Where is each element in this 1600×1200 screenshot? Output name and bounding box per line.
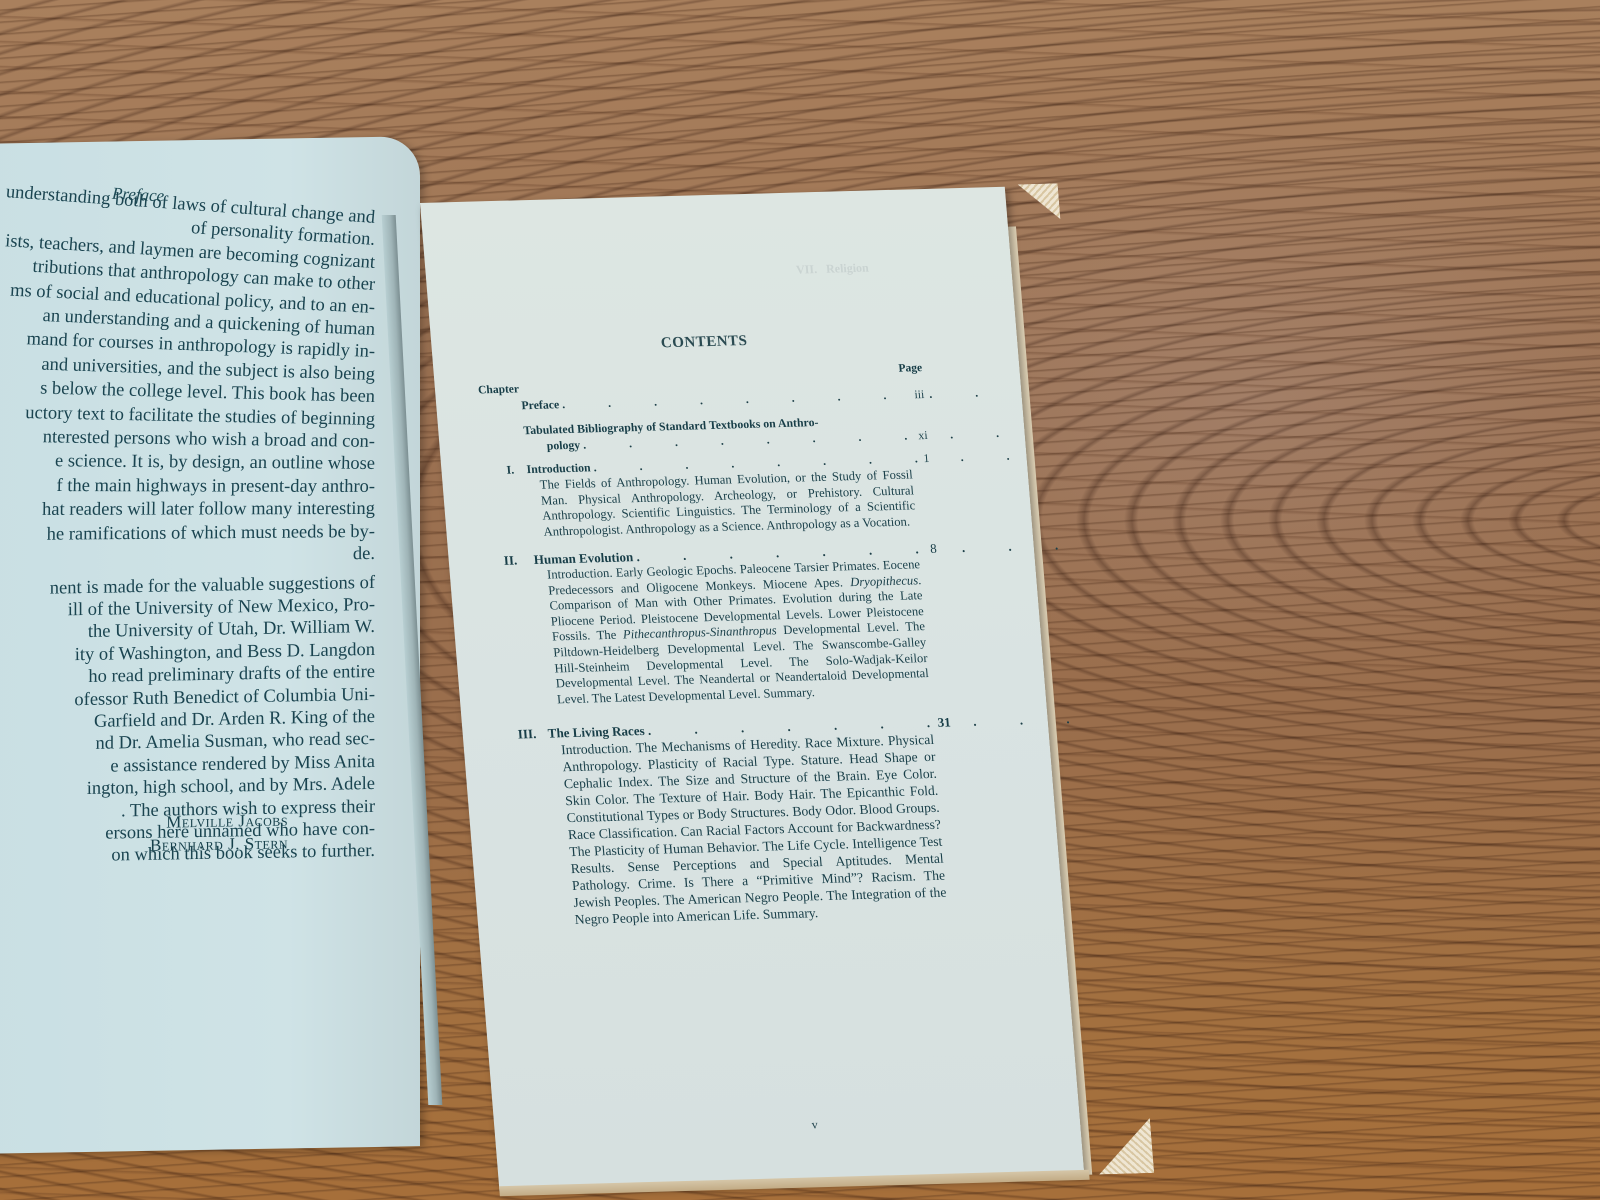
toc-entry-bibliography[interactable]: Tabulated Bibliography of Standard Textb… xyxy=(493,413,910,456)
entry-title: Introduction xyxy=(526,461,591,477)
chapter-numeral: I. xyxy=(506,463,515,479)
entry-page: iii xyxy=(914,387,925,403)
worn-corner-bottom xyxy=(1095,1118,1154,1174)
table-of-contents: CONTENTS Chapter Page Preface . . . . . … xyxy=(486,330,949,937)
entry-title: Human Evolution xyxy=(533,550,634,568)
entry-page: 8 xyxy=(930,541,938,557)
preface-line: de. xyxy=(0,543,375,571)
preface-line: hat readers will later follow many inter… xyxy=(0,498,375,522)
chapter-summary: Introduction. Early Geologic Epochs. Pal… xyxy=(504,557,930,709)
toc-entry-preface[interactable]: Preface . . . . . . . . . . iii xyxy=(491,387,907,414)
chapter-numeral: III. xyxy=(517,726,537,742)
entry-title: Preface xyxy=(521,397,560,412)
chapter-summary: The Fields of Anthropology. Human Evolut… xyxy=(497,467,917,541)
page-column-label: Page xyxy=(898,361,923,377)
page-folio: v xyxy=(811,1117,818,1133)
preface-line: he ramifications of which must needs be … xyxy=(0,521,375,547)
chapter-column-label: Chapter xyxy=(478,382,520,399)
chapter-numeral: II. xyxy=(503,553,518,569)
signature-jacobs: Melville Jacobs xyxy=(166,810,288,832)
toc-entry-chapter-3[interactable]: III. The Living Races . . . . . . . . . … xyxy=(517,715,948,929)
preface-text: understanding both of laws of cultural c… xyxy=(0,207,375,870)
preface-line: nterested persons who wish a broad and c… xyxy=(0,425,375,453)
entry-page: xi xyxy=(918,428,928,444)
preface-line: e science. It is, by design, an outline … xyxy=(0,450,375,476)
entry-title: The Living Races xyxy=(547,723,645,741)
entry-title-continued: pology xyxy=(546,437,581,452)
show-through-text: VII. Religion xyxy=(795,261,869,277)
preface-line: f the main highways in present-day anthr… xyxy=(0,475,375,499)
toc-entry-chapter-2[interactable]: II. Human Evolution . . . . . . . . . . … xyxy=(503,542,930,709)
worn-corner-top xyxy=(1018,183,1061,220)
right-page-contents: VII. Religion CONTENTS Chapter Page Pref… xyxy=(350,187,1079,1193)
entry-page: 1 xyxy=(923,451,930,467)
summary-italic-genus: Dryopithecus xyxy=(850,573,919,589)
signature-stern: Bernhard J. Stern xyxy=(150,833,288,855)
entry-page: 31 xyxy=(937,715,951,731)
toc-entry-chapter-1[interactable]: I. Introduction . . . . . . . . . . 1 Th… xyxy=(496,452,917,541)
chapter-summary: Introduction. The Mechanisms of Heredity… xyxy=(518,731,948,929)
